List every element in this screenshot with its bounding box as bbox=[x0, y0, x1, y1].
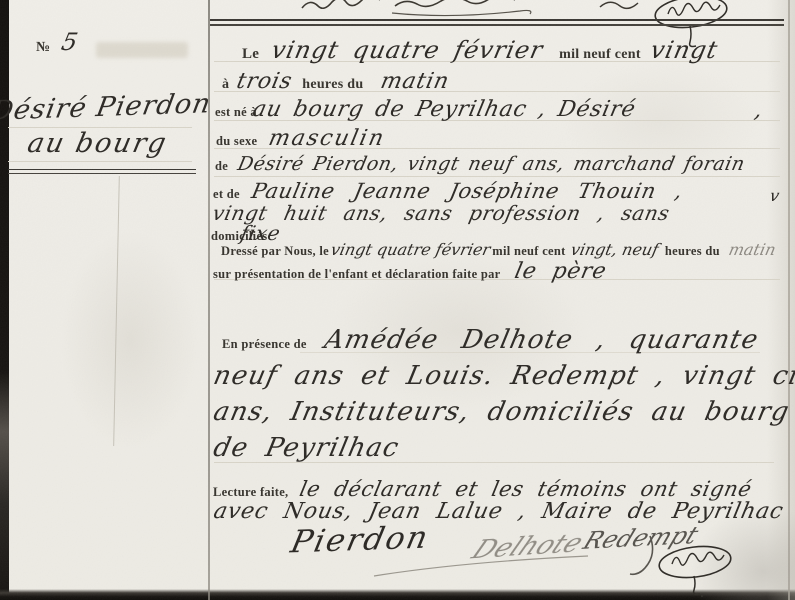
paper-grain-overlay bbox=[0, 0, 795, 600]
scanned-birth-record-page: № 5 Désiré Pierdon au bourg Le vingt qua… bbox=[0, 0, 795, 600]
